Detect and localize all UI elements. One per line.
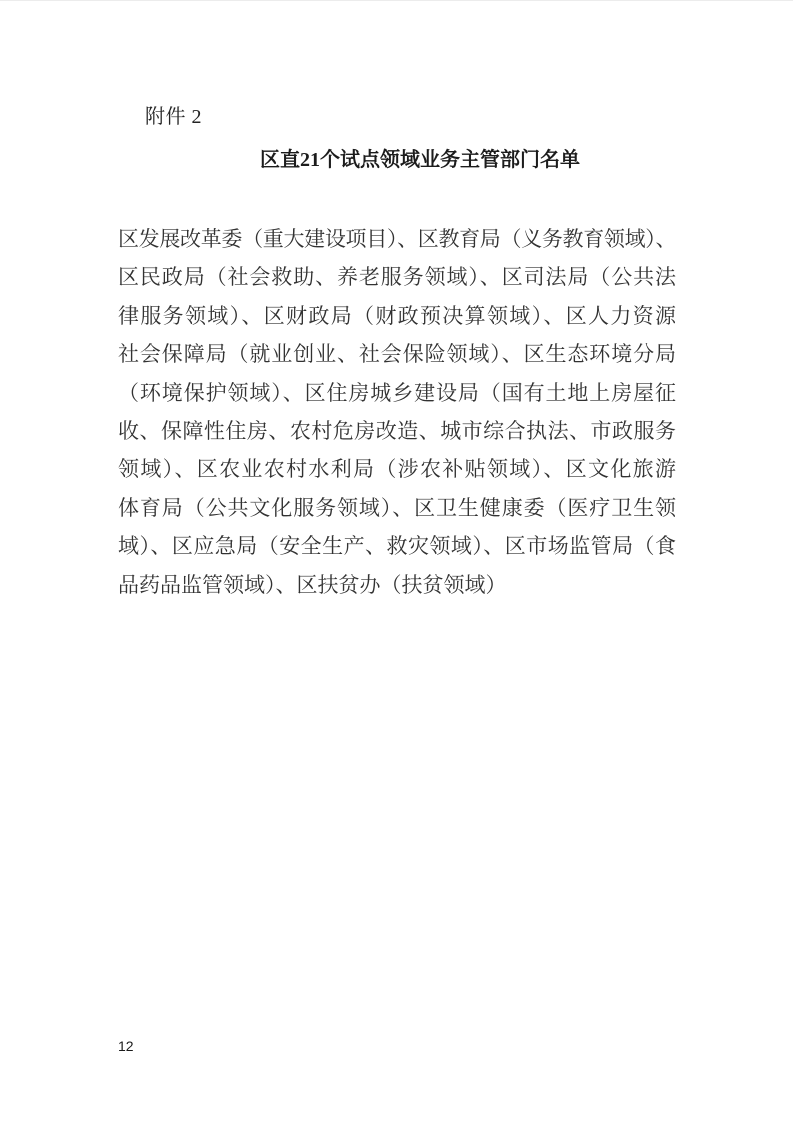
body-line: 域）、区应急局（安全生产、救灾领域）、区市场监管局（食 bbox=[118, 527, 676, 565]
body-line: 领域）、区农业农村水利局（涉农补贴领域）、区文化旅游 bbox=[118, 450, 676, 488]
attachment-label: 附件 2 bbox=[145, 102, 202, 132]
body-line: 律服务领域）、区财政局（财政预决算领域）、区人力资源 bbox=[118, 297, 676, 335]
body-line: 收、保障性住房、农村危房改造、城市综合执法、市政服务 bbox=[118, 412, 676, 450]
document-page: 附件 2 区直21个试点领域业务主管部门名单 区发展改革委（重大建设项目）、区教… bbox=[0, 0, 793, 1122]
body-line: 品药品监管领域）、区扶贫办（扶贫领域） bbox=[118, 566, 676, 604]
body-line: （环境保护领域）、区住房城乡建设局（国有土地上房屋征 bbox=[118, 374, 676, 412]
body-line: 体育局（公共文化服务领域）、区卫生健康委（医疗卫生领 bbox=[118, 489, 676, 527]
body-paragraph: 区发展改革委（重大建设项目）、区教育局（义务教育领域）、区民政局（社会救助、养老… bbox=[118, 220, 676, 604]
body-line: 社会保障局（就业创业、社会保险领域）、区生态环境分局 bbox=[118, 335, 676, 373]
body-line: 区发展改革委（重大建设项目）、区教育局（义务教育领域）、 bbox=[118, 220, 676, 258]
body-line: 区民政局（社会救助、养老服务领域）、区司法局（公共法 bbox=[118, 258, 676, 296]
page-title: 区直21个试点领域业务主管部门名单 bbox=[145, 145, 695, 175]
page-number: 12 bbox=[118, 1037, 134, 1055]
